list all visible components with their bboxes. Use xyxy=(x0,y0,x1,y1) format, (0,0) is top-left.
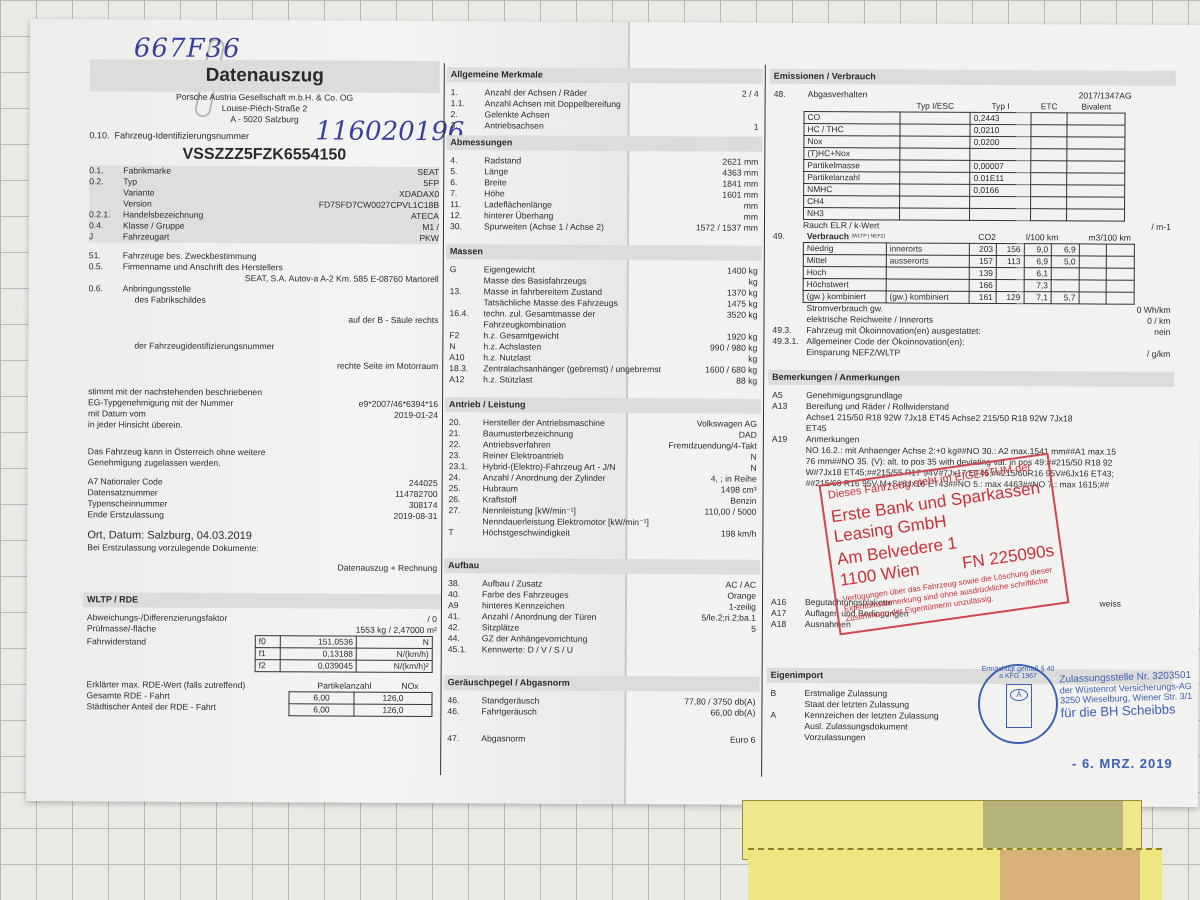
page-title: Datenauszug xyxy=(90,59,440,93)
section-drive: Antrieb / Leistung xyxy=(445,397,761,414)
list-item: Vorzulassungen xyxy=(770,732,1168,745)
section-remarks: Bemerkungen / Anmerkungen xyxy=(768,370,1174,387)
rde-table: 6,00126,06,00126,0 xyxy=(288,691,432,717)
middle-column: Allgemeine Merkmale 1.Anzahl der Achsen … xyxy=(440,63,766,777)
wltp-header: WLTP / RDE xyxy=(83,592,441,609)
section-body: Aufbau xyxy=(444,558,760,575)
codes-list: A7 Nationaler Code244025Datensatznummer1… xyxy=(87,476,437,522)
registration-date: - 6. MRZ. 2019 xyxy=(1072,756,1173,771)
approval-date: 2019-01-24 xyxy=(394,410,438,421)
list-item: 0.1.FabrikmarkeSEAT xyxy=(89,165,439,178)
list-item: 45.1.Kennwerte: D / V / S / U xyxy=(448,644,756,657)
right-column: Emissionen / Verbrauch 48.Abgasverhalten… xyxy=(764,65,1172,745)
consumption-table: Niedriginnerorts2031569,06,9Mittelausser… xyxy=(803,242,1135,305)
yellow-card-2 xyxy=(748,848,1162,900)
item-05: 0.5.Firmenname und Anschrift des Herstel… xyxy=(89,261,439,274)
approval-number: e9*2007/46*6394*16 xyxy=(359,399,438,410)
section-dimensions: Abmessungen xyxy=(446,135,762,152)
list-item: JFahrzeugartPKW xyxy=(89,231,439,244)
emission-table: Typ I/ESCTyp IETCBivalentCO0,2443HC / TH… xyxy=(803,100,1126,222)
registration-stamp: Zulassungsstelle Nr. 3203501 der Wüstenr… xyxy=(1059,670,1200,721)
left-column: Datenauszug Porsche Austria Gesellschaft… xyxy=(86,49,439,717)
list-item: A12h.z. Stützlast88 kg xyxy=(449,374,757,387)
section-masses: Massen xyxy=(446,244,762,261)
list-item: THöchstgeschwindigkeit198 km/h xyxy=(448,527,756,540)
resistance-table: f0151,0536Nf10,13188N/(km/h)f20,039045N/… xyxy=(255,635,433,673)
authorization-stamp: Ermächtigt gemäß § 40 a KFG 1967 A xyxy=(978,664,1058,744)
vehicle-info: 0.1.FabrikmarkeSEAT0.2.Typ5FPVarianteXDA… xyxy=(89,165,439,244)
list-item: 30.Spurweiten (Achse 1 / Achse 2)1572 / … xyxy=(450,221,758,234)
list-item: 46.Fahrtgeräusch66,00 db(A) xyxy=(447,706,755,719)
vin-number: VSSZZZ5FZK6554150 xyxy=(89,143,439,167)
ownership-stamp: Dieses Fahrzeug steht im EIGENTUM der Er… xyxy=(819,453,1070,636)
emission-norm: 47.Abgasnorm Euro 6 xyxy=(447,733,755,746)
vin-label: 0.10. Fahrzeug-Identifizierungsnummer xyxy=(89,130,439,143)
list-item: 3.Antriebsachsen1 xyxy=(450,120,758,133)
section-emissions: Emissionen / Verbrauch xyxy=(770,69,1176,86)
section-general: Allgemeine Merkmale xyxy=(447,67,763,84)
issuer-address: Porsche Austria Gesellschaft m.b.H. & Co… xyxy=(90,91,440,126)
section-noise: Geräuschpegel / Abgasnorm xyxy=(444,675,760,692)
